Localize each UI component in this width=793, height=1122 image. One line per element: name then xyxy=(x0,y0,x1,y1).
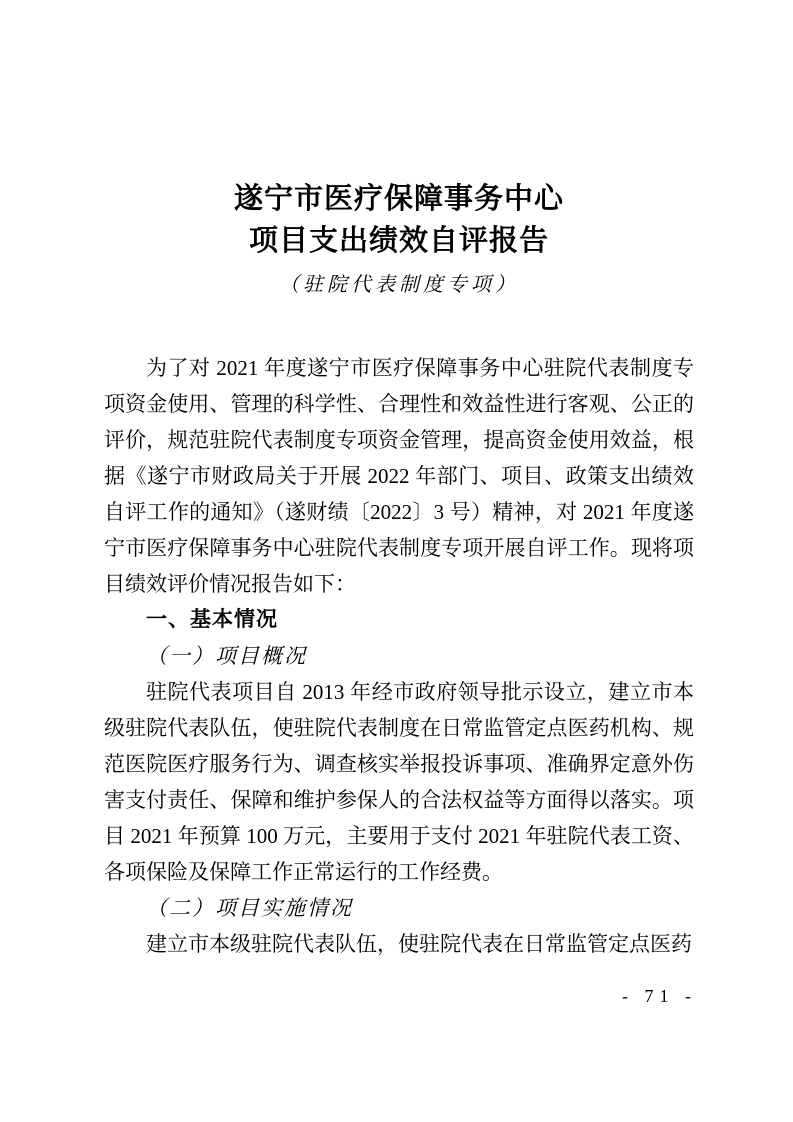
implementation-paragraph: 建立市本级驻院代表队伍，使驻院代表在日常监管定点医药 xyxy=(104,926,694,962)
section-heading-basic-situation: 一、基本情况 xyxy=(104,602,694,638)
page-number: - 71 - xyxy=(622,984,697,1008)
subsection-heading-project-overview: （一）项目概况 xyxy=(104,638,694,674)
document-page: 遂宁市医疗保障事务中心 项目支出绩效自评报告 （驻院代表制度专项） 为了对 20… xyxy=(0,0,793,1122)
subsection-heading-project-implementation: （二）项目实施情况 xyxy=(104,890,694,926)
intro-paragraph: 为了对 2021 年度遂宁市医疗保障事务中心驻院代表制度专项资金使用、管理的科学… xyxy=(104,350,694,602)
project-overview-paragraph: 驻院代表项目自 2013 年经市政府领导批示设立，建立市本级驻院代表队伍，使驻院… xyxy=(104,674,694,890)
document-title-line-1: 遂宁市医疗保障事务中心 xyxy=(104,178,694,220)
document-title-line-2: 项目支出绩效自评报告 xyxy=(104,220,694,262)
document-subtitle: （驻院代表制度专项） xyxy=(104,270,694,300)
document-body: 为了对 2021 年度遂宁市医疗保障事务中心驻院代表制度专项资金使用、管理的科学… xyxy=(104,350,694,962)
document-title: 遂宁市医疗保障事务中心 项目支出绩效自评报告 xyxy=(104,0,694,262)
document-content: 遂宁市医疗保障事务中心 项目支出绩效自评报告 （驻院代表制度专项） 为了对 20… xyxy=(104,0,694,962)
